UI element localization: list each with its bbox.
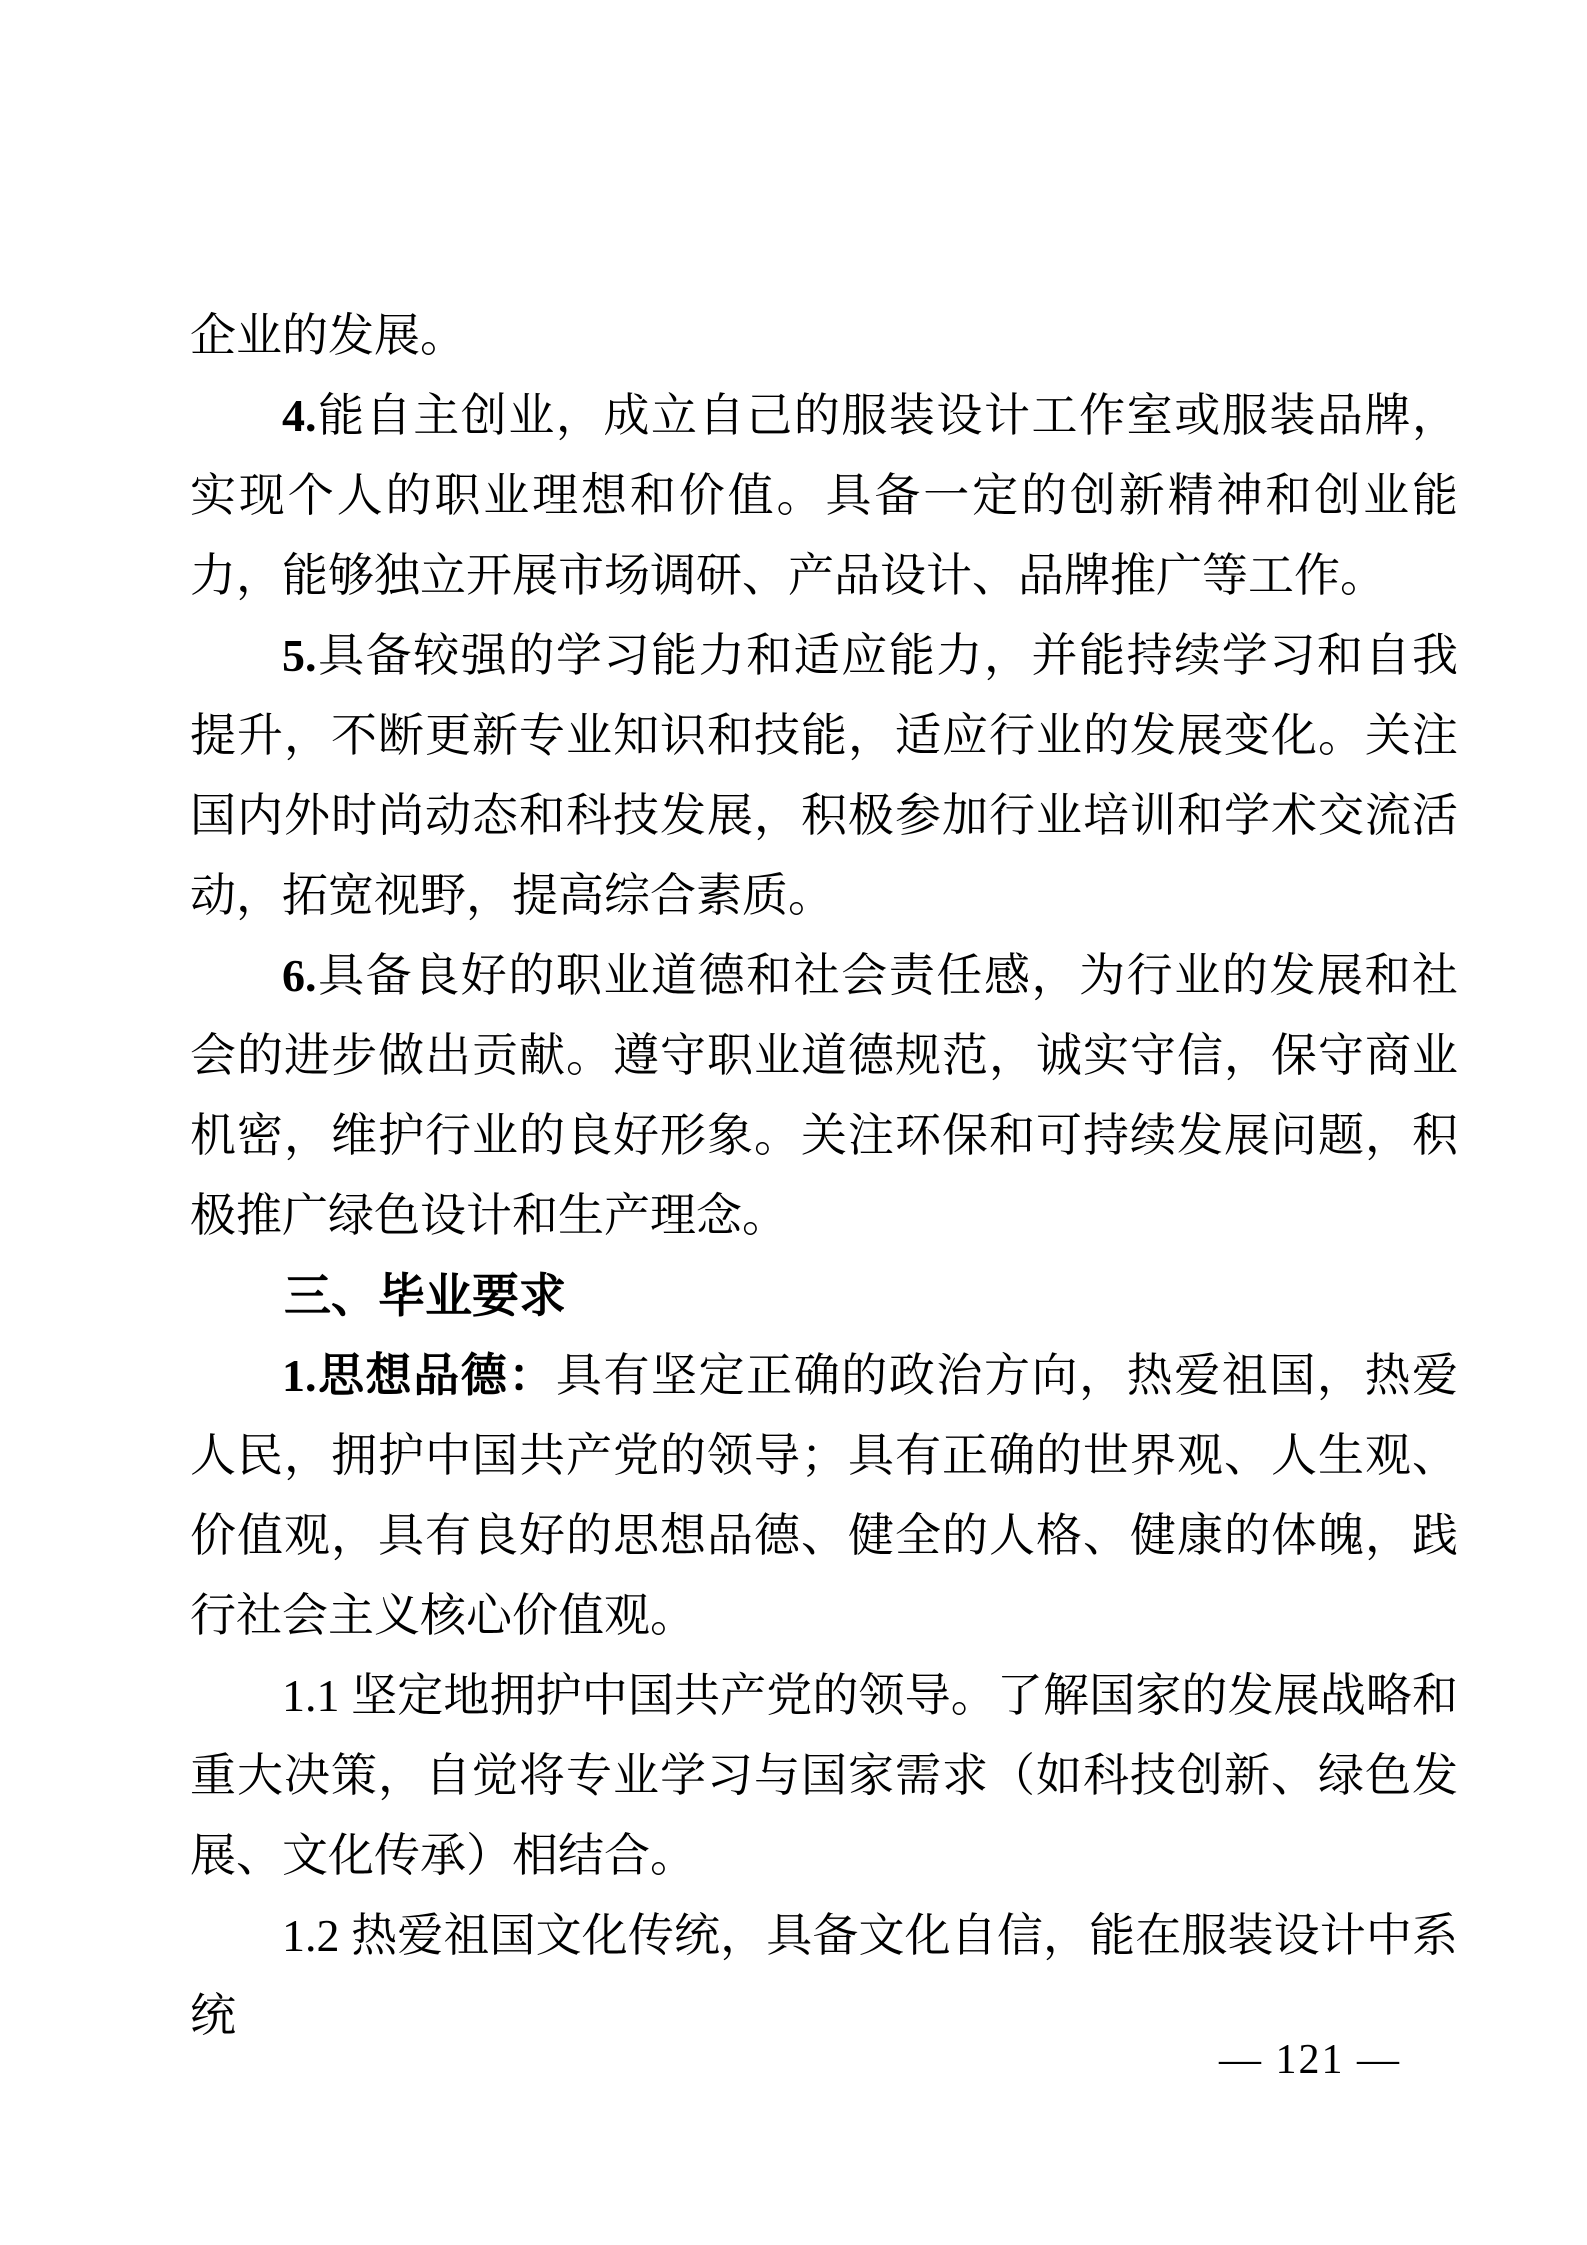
paragraph-ideology-morality: 1.思想品德：具有坚定正确的政治方向，热爱祖国，热爱人民，拥护中国共产党的领导；… — [190, 1336, 1458, 1656]
paragraph-continuation: 企业的发展。 — [190, 296, 1458, 376]
paragraph-text: 具备较强的学习能力和适应能力，并能持续学习和自我提升，不断更新专业知识和技能，适… — [190, 630, 1458, 921]
document-body: 企业的发展。 4.能自主创业，成立自己的服装设计工作室或服装品牌，实现个人的职业… — [190, 296, 1458, 2056]
paragraph-point-1-1: 1.1 坚定地拥护中国共产党的领导。了解国家的发展战略和重大决策，自觉将专业学习… — [190, 1656, 1458, 1896]
paragraph-number: 4. — [282, 390, 317, 441]
paragraph-text: 热爱祖国文化传统，具备文化自信，能在服装设计中系统 — [190, 1910, 1458, 2041]
paragraph-point-6: 6.具备良好的职业道德和社会责任感，为行业的发展和社会的进步做出贡献。遵守职业道… — [190, 936, 1458, 1256]
paragraph-text: 能自主创业，成立自己的服装设计工作室或服装品牌，实现个人的职业理想和价值。具备一… — [190, 390, 1458, 601]
paragraph-text: 具备良好的职业道德和社会责任感，为行业的发展和社会的进步做出贡献。遵守职业道德规… — [190, 950, 1458, 1241]
paragraph-number: 6. — [282, 950, 317, 1001]
paragraph-point-4: 4.能自主创业，成立自己的服装设计工作室或服装品牌，实现个人的职业理想和价值。具… — [190, 376, 1458, 616]
paragraph-text: 企业的发展。 — [190, 310, 466, 361]
paragraph-number: 5. — [282, 630, 317, 681]
page-number: — 121 — — [1219, 2037, 1401, 2083]
paragraph-text: 坚定地拥护中国共产党的领导。了解国家的发展战略和重大决策，自觉将专业学习与国家需… — [190, 1670, 1458, 1881]
section-heading-graduation-requirements: 三、毕业要求 — [190, 1256, 1458, 1336]
paragraph-number: 1.1 — [282, 1670, 351, 1721]
paragraph-number: 1.2 — [282, 1910, 351, 1961]
page-footer: — 121 — — [1160, 2032, 1460, 2088]
paragraph-lead: 1.思想品德： — [282, 1350, 556, 1401]
document-page: 企业的发展。 4.能自主创业，成立自己的服装设计工作室或服装品牌，实现个人的职业… — [0, 0, 1587, 2245]
paragraph-point-5: 5.具备较强的学习能力和适应能力，并能持续学习和自我提升，不断更新专业知识和技能… — [190, 616, 1458, 936]
